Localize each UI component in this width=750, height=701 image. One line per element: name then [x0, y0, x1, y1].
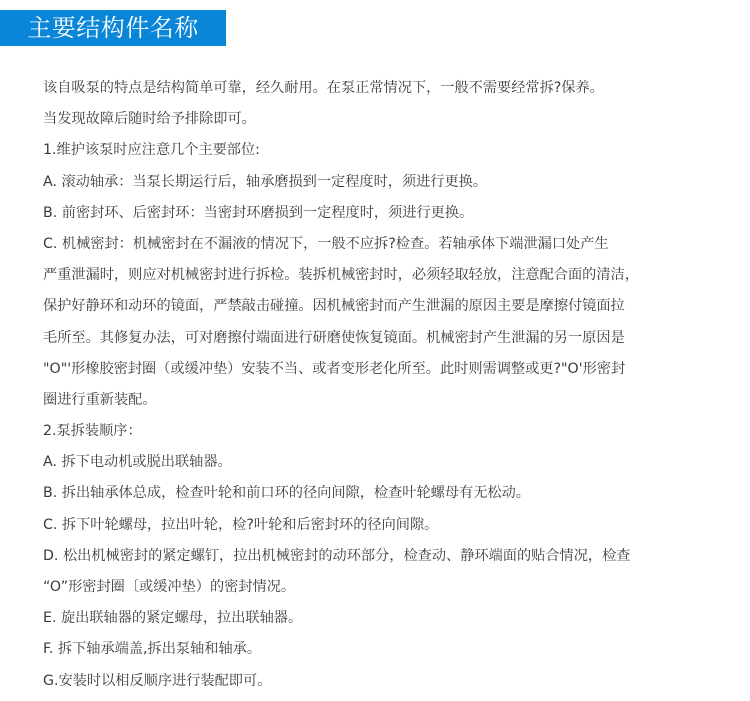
list-item-mechanical-seal-line-4: 毛所至。其修复办法，可对磨擦付端面进行研磨使恢复镜面。机械密封产生泄漏的另一原因…	[43, 323, 733, 354]
list-item-mechanical-seal-line-5: "O"'形橡胶密封圈（或缓冲垫）安装不当、或者变形老化所至。此时则需调整或更?"…	[43, 354, 733, 385]
list-item-step-g: G.安装时以相反顺序进行装配即可。	[43, 666, 733, 697]
list-item-mechanical-seal-line-1: C. 机械密封：机械密封在不漏液的情况下，一般不应拆?检查。若轴承体下端泄漏口处…	[43, 229, 733, 260]
list-item-step-b: B. 拆出轴承体总成，检查叶轮和前口环的径向间隙，检查叶轮螺母有无松动。	[43, 478, 733, 509]
section-heading-maintenance: 1.维护该泵时应注意几个主要部位:	[43, 135, 733, 166]
maintenance-text: 该自吸泵的特点是结构简单可靠，经久耐用。在泵正常情况下，一般不需要经常拆?保养。…	[43, 73, 733, 697]
list-item-step-c: C. 拆下叶轮螺母，拉出叶轮，检?叶轮和后密封环的径向间隙。	[43, 510, 733, 541]
list-item-seal-rings: B. 前密封环、后密封环：当密封环磨损到一定程度时，须进行更换。	[43, 198, 733, 229]
section-title: 主要结构件名称	[0, 10, 226, 46]
list-item-mechanical-seal-line-2: 严重泄漏时，则应对机械密封进行拆检。装拆机械密封时，必须轻取轻放，注意配合面的清…	[43, 260, 733, 291]
paragraph-intro-line-1: 该自吸泵的特点是结构简单可靠，经久耐用。在泵正常情况下，一般不需要经常拆?保养。	[43, 73, 733, 104]
list-item-mechanical-seal-line-3: 保护好静环和动环的镜面，严禁敲击碰撞。因机械密封而产生泄漏的原因主要是摩擦付镜面…	[43, 291, 733, 322]
list-item-step-f: F. 拆下轴承端盖,拆出泵轴和轴承。	[43, 634, 733, 665]
section-heading-disassembly: 2.泵拆装顺序：	[43, 416, 733, 447]
list-item-step-d-line-2: “O”形密封圈〔或缓冲垫）的密封情况。	[43, 572, 733, 603]
list-item-step-a: A. 拆下电动机或脱出联轴器。	[43, 447, 733, 478]
list-item-step-d-line-1: D. 松出机械密封的紧定螺钉，拉出机械密封的动环部分，检查动、静环端面的贴合情况…	[43, 541, 733, 572]
list-item-rolling-bearing: A. 滚动轴承：当泵长期运行后，轴承磨损到一定程度时，须进行更换。	[43, 167, 733, 198]
paragraph-intro-line-2: 当发现故障后随时给予排除即可。	[43, 104, 733, 135]
list-item-step-e: E. 旋出联轴器的紧定螺母，拉出联轴器。	[43, 603, 733, 634]
list-item-mechanical-seal-line-6: 圈进行重新装配。	[43, 385, 733, 416]
